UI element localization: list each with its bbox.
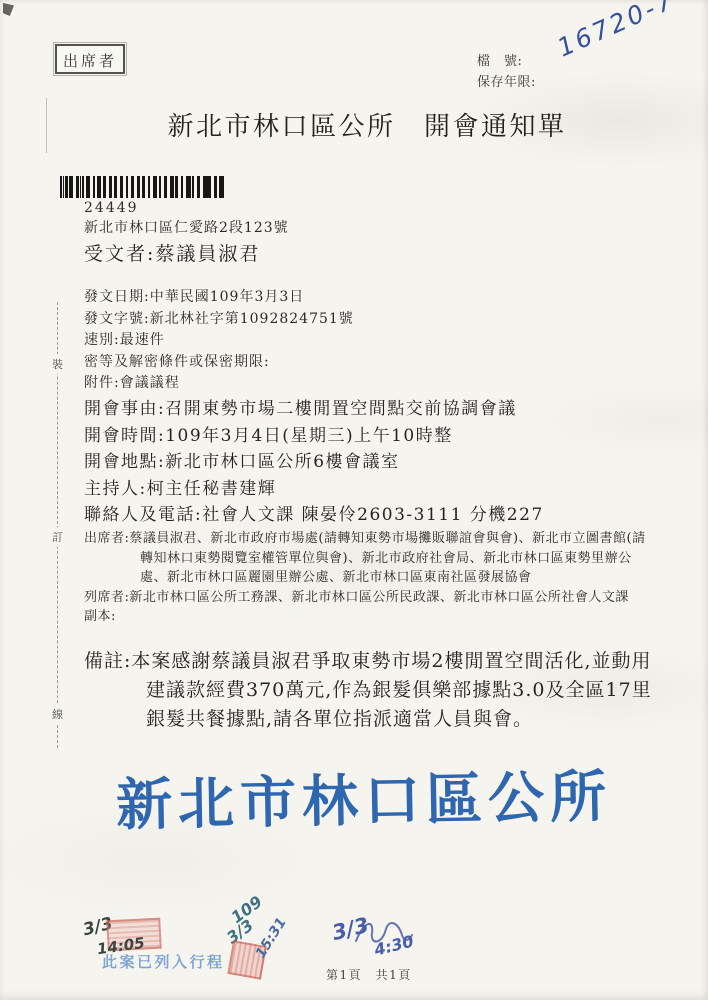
attendees-label: 出席者:	[84, 531, 129, 546]
meeting-info-block: 開會事由:召開東勢市場二樓閒置空間點交前協調會議 開會時間:109年3月4日(星…	[84, 396, 544, 529]
remarks-row: 備註:本案感謝蔡議員淑君爭取東勢市場2樓閒置空間活化,並動用建議款經費370萬元…	[84, 647, 652, 734]
security-line: 密等及解密條件或保密期限:	[84, 352, 354, 374]
file-number-block: 檔 號: 保存年限:	[477, 51, 536, 93]
binding-mark-zhuang: 裝	[52, 354, 63, 374]
issue-number-line: 發文字號:新北林社字第1092824751號	[84, 309, 354, 331]
observers-label: 列席者:	[84, 590, 129, 605]
handwritten-file-number: 16720-7	[553, 0, 679, 62]
meeting-contact-line: 聯絡人及電話:社會人文課 陳晏伶2603-3111 分機227	[84, 502, 544, 529]
barcode-number: 24449	[84, 200, 139, 216]
remarks-block: 備註:本案感謝蔡議員淑君爭取東勢市場2樓閒置空間活化,並動用建議款經費370萬元…	[84, 647, 652, 734]
office-seal-stamp: 新北市林口區公所	[115, 753, 612, 842]
document-meta-block: 發文日期:中華民國109年3月3日 發文字號:新北林社字第1092824751號…	[84, 287, 354, 395]
remarks-text: 本案感謝蔡議員淑君爭取東勢市場2樓閒置空間活化,並動用建議款經費370萬元,作為…	[131, 650, 651, 730]
remarks-label: 備註:	[84, 650, 131, 672]
handwritten-mid-time: 15:31	[253, 915, 290, 961]
observers-row: 列席者:新北市林口區公所工務課、新北市林口區公所民政課、新北市林口區公所社會人文…	[84, 588, 652, 608]
observers-text: 新北市林口區公所工務課、新北市林口區公所民政課、新北市林口區公所社會人文課	[129, 590, 629, 605]
itinerary-note-stamp: 此案已列入行程	[102, 951, 225, 972]
page-indicator: 第1頁 共1頁	[326, 966, 412, 983]
recipient-line: 受文者:蔡議員淑君	[84, 239, 260, 266]
attendees-text: 蔡議員淑君、新北市政府市場處(請轉知東勢市場攤販聯誼會與會)、新北市立圖書館(請…	[129, 531, 645, 585]
barcode	[60, 176, 224, 198]
recipient-address: 新北市林口區仁愛路2段123號	[84, 217, 289, 237]
scan-corner-artifact	[3, 3, 14, 16]
meeting-time-line: 開會時間:109年3月4日(星期三)上午10時整	[84, 423, 544, 450]
attendee-box-label: 出席者	[55, 44, 125, 74]
document-title: 新北市林口區公所 開會通知單	[0, 106, 708, 143]
meeting-subject-line: 開會事由:召開東勢市場二樓閒置空間點交前協調會議	[84, 396, 544, 423]
meeting-chair-line: 主持人:柯主任秘書建輝	[84, 476, 544, 503]
attachment-line: 附件:會議議程	[84, 373, 354, 395]
binding-margin: 裝 訂 線	[51, 302, 63, 748]
retention-period-label: 保存年限:	[477, 72, 536, 93]
binding-mark-xian: 線	[52, 704, 63, 724]
priority-line: 速別:最速件	[84, 330, 354, 352]
participants-block: 出席者:蔡議員淑君、新北市政府市場處(請轉知東勢市場攤販聯誼會與會)、新北市立圖…	[84, 529, 652, 627]
copy-label: 副本:	[84, 607, 652, 627]
scanned-document-page: { "doc": { "header": { "attendee_box": "…	[0, 0, 708, 1000]
binding-mark-ding: 訂	[52, 527, 63, 547]
file-number-label: 檔 號:	[477, 51, 536, 72]
meeting-place-line: 開會地點:新北市林口區公所6樓會議室	[84, 449, 544, 476]
issue-date-line: 發文日期:中華民國109年3月3日	[84, 287, 354, 309]
attendees-row: 出席者:蔡議員淑君、新北市政府市場處(請轉知東勢市場攤販聯誼會與會)、新北市立圖…	[84, 529, 652, 588]
